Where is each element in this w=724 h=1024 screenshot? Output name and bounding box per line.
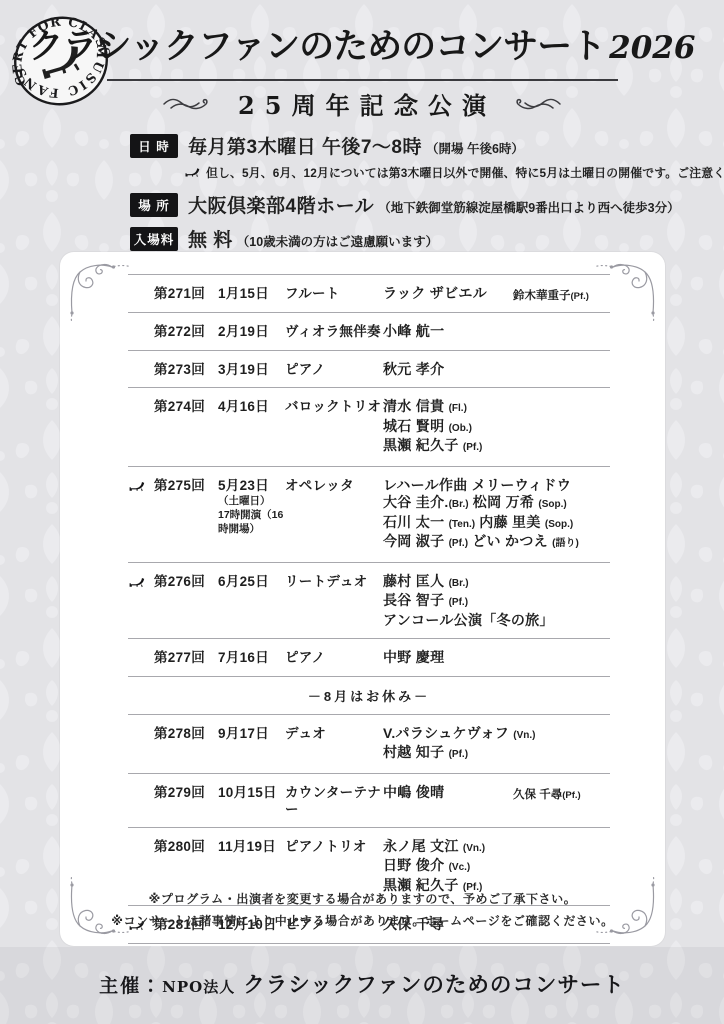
- performer-line: 永ノ尾 文江 (Vn.): [383, 838, 513, 858]
- performers: V.パラシュケヴォフ (Vn.)村越 知子 (Pf.): [383, 725, 536, 764]
- page-title: クラシックファンのためのコンサート2026: [0, 28, 724, 67]
- special-date-mark: [128, 725, 154, 726]
- genre: リートデュオ: [285, 573, 383, 590]
- special-date-mark: [128, 285, 154, 286]
- performer-line: 清水 信貴 (Fl.): [383, 398, 513, 418]
- place-badge: 場 所: [130, 193, 178, 217]
- schedule-row: 第276回6月25日リートデュオ藤村 匡人 (Br.)長谷 智子 (Pf.)アン…: [128, 562, 610, 639]
- concert-date: 7月16日: [218, 649, 285, 666]
- performer-line: 黒瀬 紀久子 (Pf.): [383, 437, 513, 457]
- organizer-band: 主催：NPO法人クラシックファンのためのコンサート: [0, 947, 724, 1024]
- genre: バロックトリオ: [285, 398, 383, 415]
- subtitle-row: 25周年記念公演: [0, 86, 724, 121]
- performers: レハール作曲 メリーウィドウ大谷 圭介.(Br.) 松岡 万希 (Sop.)石川…: [383, 477, 579, 553]
- concert-date: 4月16日: [218, 398, 285, 415]
- concert-date: 5月23日（土曜日）17時開演（16時開場）: [218, 477, 285, 536]
- caution-text: 但し、5月、6月、12月については第3木曜日以外で開催、特に5月は土曜日の開催で…: [206, 164, 724, 181]
- schedule-row: 第272回2月19日ヴィオラ無伴奏小峰 航一: [128, 312, 610, 350]
- accompanist: [513, 398, 610, 400]
- genre: デュオ: [285, 725, 383, 742]
- schedule-row: 第278回9月17日デュオV.パラシュケヴォフ (Vn.)村越 知子 (Pf.): [128, 714, 610, 773]
- concert-date: 3月19日: [218, 361, 285, 378]
- performer-line: 藤村 匡人 (Br.): [383, 573, 554, 593]
- accompanist: [579, 477, 676, 479]
- performer-line: 大谷 圭介.(Br.) 松岡 万希 (Sop.): [383, 494, 579, 514]
- date-note: （土曜日）: [218, 494, 285, 508]
- piano-icon: [128, 480, 146, 493]
- special-date-mark: [128, 323, 154, 324]
- episode-number: 第273回: [154, 361, 218, 378]
- performer-line: レハール作曲 メリーウィドウ: [383, 477, 579, 495]
- date-note: 17時開演（16時開場）: [218, 508, 285, 536]
- performer-line: 長谷 智子 (Pf.): [383, 592, 554, 612]
- concert-date: 11月19日: [218, 838, 285, 855]
- episode-number: 第278回: [154, 725, 218, 742]
- genre: フルート: [285, 285, 383, 302]
- datetime-badge: 日 時: [130, 134, 178, 158]
- special-date-mark: [128, 784, 154, 785]
- admission-value: 無 料: [188, 225, 233, 252]
- special-date-mark: [128, 649, 154, 650]
- performer-line: 城石 賢明 (Ob.): [383, 418, 513, 438]
- performers: 藤村 匡人 (Br.)長谷 智子 (Pf.)アンコール公演「冬の旅」: [383, 573, 554, 630]
- schedule-row: 第273回3月19日ピアノ秋元 孝介: [128, 350, 610, 388]
- accompanist: [513, 323, 610, 325]
- schedule-row: 第271回1月15日フルートラック ザビエル鈴木華重子(Pf.): [128, 274, 610, 312]
- caution-row: 但し、5月、6月、12月については第3木曜日以外で開催、特に5月は土曜日の開催で…: [184, 164, 690, 181]
- episode-number: 第277回: [154, 649, 218, 666]
- event-info: 日 時 毎月第3木曜日 午後7～8時 （開場 午後6時） 但し、5月、6月、12…: [130, 132, 690, 259]
- info-row-datetime: 日 時 毎月第3木曜日 午後7～8時 （開場 午後6時）: [130, 132, 690, 160]
- accompanist: [513, 361, 610, 363]
- place-value: 大阪倶楽部4階ホール: [188, 191, 374, 218]
- header: クラシックファンのためのコンサート2026: [0, 28, 724, 67]
- piano-icon: [128, 576, 146, 589]
- performers: 小峰 航一: [383, 323, 513, 341]
- episode-number: 第279回: [154, 784, 218, 801]
- episode-number: 第274回: [154, 398, 218, 415]
- performer-line: アンコール公演「冬の旅」: [383, 612, 554, 630]
- genre: ピアノトリオ: [285, 838, 383, 855]
- concert-date: 6月25日: [218, 573, 285, 590]
- organizer-line: 主催：NPO法人クラシックファンのためのコンサート: [99, 968, 625, 999]
- special-date-mark: [128, 477, 154, 493]
- genre: ピアノ: [285, 361, 383, 378]
- episode-number: 第275回: [154, 477, 218, 494]
- accompanist: [554, 573, 651, 575]
- organizer-prefix: 主催：: [99, 975, 162, 997]
- performer-line: 小峰 航一: [383, 323, 513, 341]
- schedule-row: 第275回5月23日（土曜日）17時開演（16時開場）オペレッタレハール作曲 メ…: [128, 466, 610, 562]
- admission-note: （10歳未満の方はご遠慮願います）: [237, 232, 438, 250]
- concert-date: 2月19日: [218, 323, 285, 340]
- accompanist: 鈴木華重子(Pf.): [513, 285, 610, 303]
- footnote: ※コンサートは諸事情により中止する場合があります。ホームページをご確認ください。: [60, 912, 665, 929]
- genre: オペレッタ: [285, 477, 383, 494]
- schedule-card: 第271回1月15日フルートラック ザビエル鈴木華重子(Pf.)第272回2月1…: [60, 252, 665, 946]
- flourish-right-icon: [514, 94, 562, 114]
- genre: ヴィオラ無伴奏: [285, 323, 383, 340]
- performer-line: 日野 俊介 (Vc.): [383, 857, 513, 877]
- organizer-name: クラシックファンのためのコンサート: [243, 973, 625, 998]
- performers: 中嶋 俊晴: [383, 784, 513, 802]
- flourish-left-icon: [162, 94, 210, 114]
- performers: 秋元 孝介: [383, 361, 513, 379]
- performer-line: 石川 太一 (Ten.) 内藤 里美 (Sop.): [383, 514, 579, 534]
- performer-line: 中野 慶理: [383, 649, 513, 667]
- accompanist: 久保 千尋(Pf.): [513, 784, 610, 802]
- title-year: 2026: [609, 30, 695, 66]
- accompanist: [536, 725, 633, 727]
- schedule-row: 第274回4月16日バロックトリオ清水 信貴 (Fl.)城石 賢明 (Ob.)黒…: [128, 387, 610, 466]
- info-row-place: 場 所 大阪倶楽部4階ホール （地下鉄御堂筋線淀屋橋駅9番出口より西へ徒歩3分）: [130, 191, 690, 219]
- genre: カウンターテナー: [285, 784, 383, 818]
- special-date-mark: [128, 838, 154, 839]
- schedule-break: －8月はお休み－: [128, 676, 610, 714]
- performers: 中野 慶理: [383, 649, 513, 667]
- performers: ラック ザビエル: [383, 285, 513, 303]
- performer-line: 秋元 孝介: [383, 361, 513, 379]
- performers: 永ノ尾 文江 (Vn.)日野 俊介 (Vc.)黒瀬 紀久子 (Pf.): [383, 838, 513, 897]
- performer-line: 今岡 淑子 (Pf.) どい かつえ (語り): [383, 533, 579, 553]
- concert-date: 10月15日: [218, 784, 285, 801]
- concert-flyer: CONCERT FOR CLASSICAL MUSIC FANS クラシックファ…: [0, 0, 724, 1024]
- piano-icon: [184, 166, 201, 179]
- accompanist: [513, 649, 610, 651]
- performer-line: 中嶋 俊晴: [383, 784, 513, 802]
- subtitle: 25周年記念公演: [228, 86, 496, 121]
- datetime-value: 毎月第3木曜日 午後7～8時: [188, 132, 422, 159]
- footnotes: ※プログラム・出演者を変更する場合がありますので、予めご了承下さい。 ※コンサー…: [60, 890, 665, 934]
- admission-badge: 入場料: [130, 227, 178, 251]
- episode-number: 第280回: [154, 838, 218, 855]
- performer-line: ラック ザビエル: [383, 285, 513, 303]
- special-date-mark: [128, 398, 154, 399]
- title-underline: [107, 79, 618, 81]
- organizer-corp-type: NPO法人: [162, 978, 235, 996]
- footnote: ※プログラム・出演者を変更する場合がありますので、予めご了承下さい。: [60, 890, 665, 907]
- special-date-mark: [128, 361, 154, 362]
- performer-line: V.パラシュケヴォフ (Vn.): [383, 725, 536, 745]
- performers: 清水 信貴 (Fl.)城石 賢明 (Ob.)黒瀬 紀久子 (Pf.): [383, 398, 513, 457]
- concert-date: 9月17日: [218, 725, 285, 742]
- special-date-mark: [128, 573, 154, 589]
- place-note: （地下鉄御堂筋線淀屋橋駅9番出口より西へ徒歩3分）: [378, 198, 679, 216]
- title-text: クラシックファンのためのコンサート: [29, 26, 606, 67]
- episode-number: 第276回: [154, 573, 218, 590]
- performer-line: 村越 知子 (Pf.): [383, 744, 536, 764]
- schedule-row: 第279回10月15日カウンターテナー中嶋 俊晴久保 千尋(Pf.): [128, 773, 610, 827]
- concert-date: 1月15日: [218, 285, 285, 302]
- corner-flourish-icon: [65, 257, 131, 323]
- datetime-note: （開場 午後6時）: [426, 139, 524, 157]
- accompanist: [513, 838, 610, 840]
- episode-number: 第271回: [154, 285, 218, 302]
- schedule-table: 第271回1月15日フルートラック ザビエル鈴木華重子(Pf.)第272回2月1…: [128, 274, 610, 944]
- genre: ピアノ: [285, 649, 383, 666]
- episode-number: 第272回: [154, 323, 218, 340]
- info-row-admission: 入場料 無 料 （10歳未満の方はご遠慮願います）: [130, 225, 690, 253]
- schedule-row: 第277回7月16日ピアノ中野 慶理: [128, 638, 610, 676]
